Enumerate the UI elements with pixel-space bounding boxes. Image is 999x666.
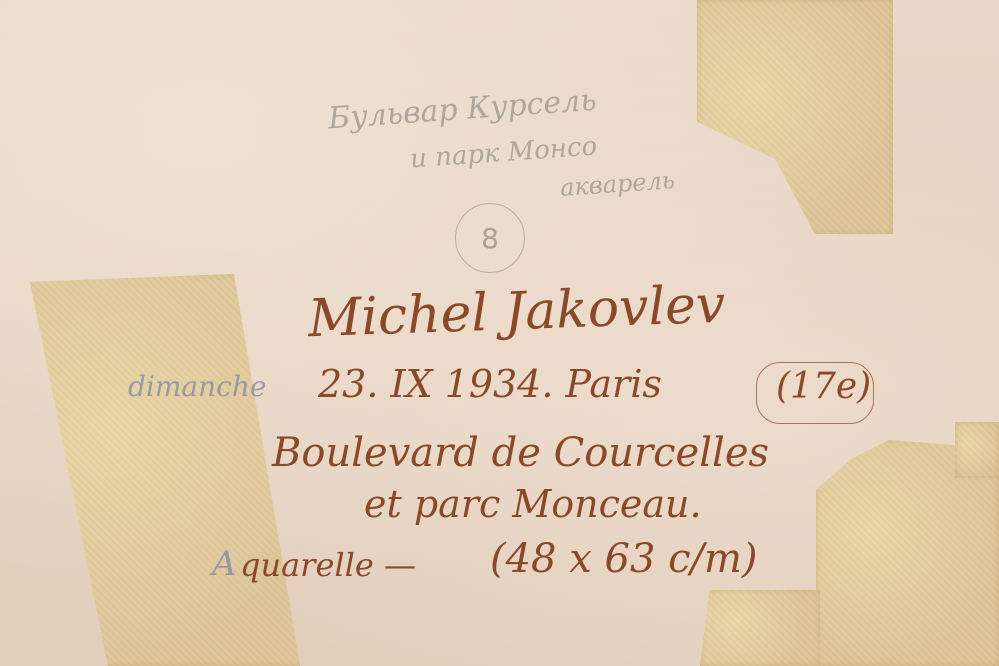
collection-stamp: 8 (455, 203, 525, 273)
arrondissement: (17e) (776, 366, 871, 407)
masking-tape-bottom-mid (700, 590, 820, 666)
dimensions: (48 x 63 c/m) (490, 536, 758, 582)
pencil-medium-prefix: A (212, 544, 237, 584)
medium: quarelle — (240, 546, 416, 584)
title-line-2: et parc Monceau. (364, 482, 702, 526)
stamp-number: 8 (481, 222, 499, 255)
pencil-date-prefix: dimanche (128, 370, 266, 403)
date-location: 23. IX 1934. Paris (318, 362, 662, 406)
masking-tape-right-small (955, 422, 999, 478)
title-line-1: Boulevard de Courcelles (272, 430, 769, 476)
